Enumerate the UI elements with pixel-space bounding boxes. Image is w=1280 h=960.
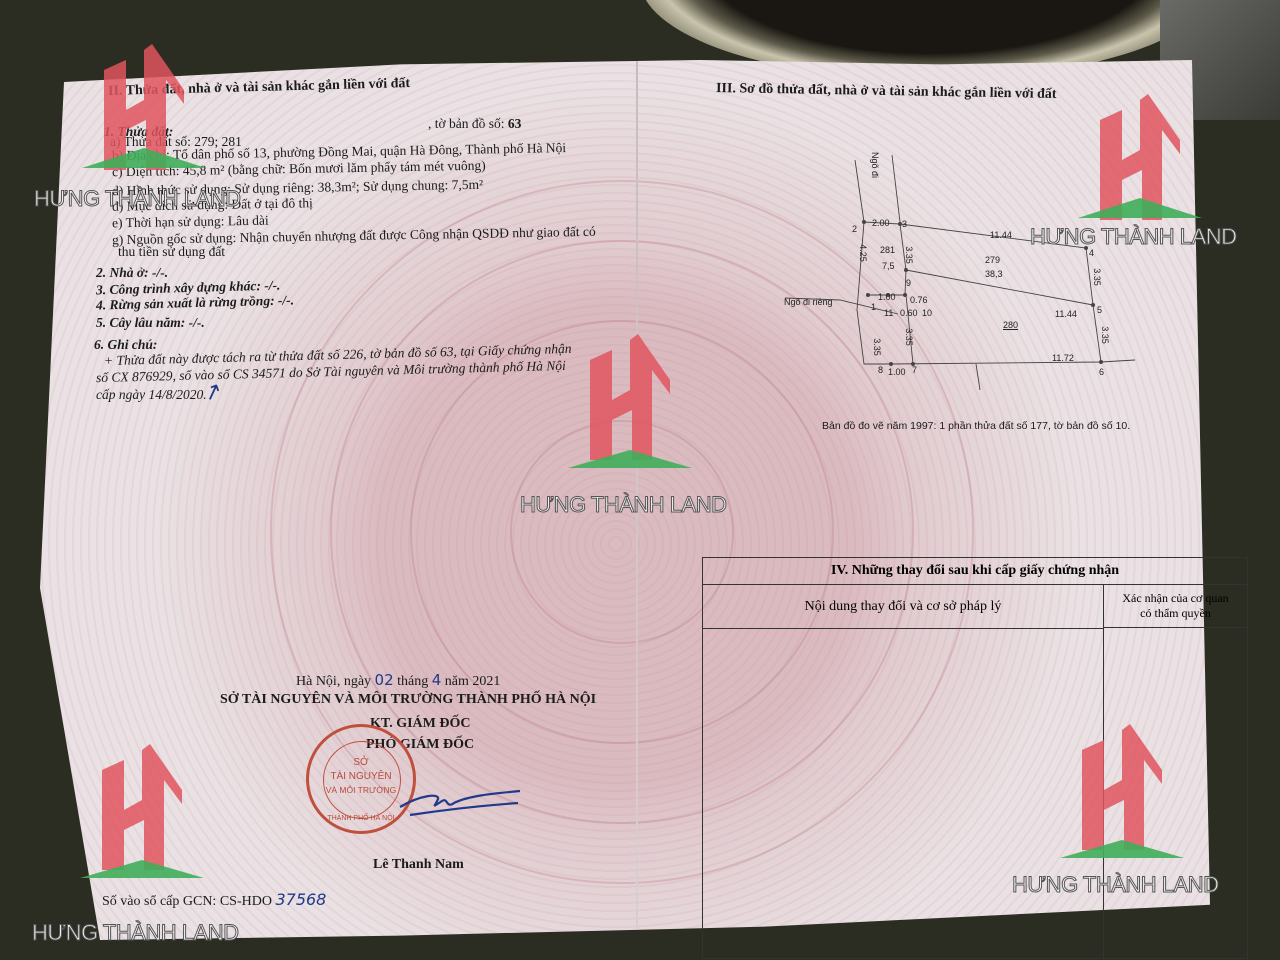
watermark-logo: HƯNG THÀNH LAND <box>1030 70 1230 270</box>
map-sheet-number: 63 <box>508 116 522 131</box>
parcel-279-id: 279 <box>985 255 1000 265</box>
issue-date: Hà Nội, ngày 02 tháng 4 năm 2021 <box>296 671 500 690</box>
item-5-perennial: 5. Cây lâu năm: -/-. <box>96 315 205 331</box>
point-7: 7 <box>912 365 917 375</box>
changes-table-title: IV. Những thay đổi sau khi cấp giấy chứn… <box>703 558 1247 585</box>
parcel-279-area: 38,3 <box>985 269 1003 279</box>
map-sheet-label: , tờ bản đồ số: 63 <box>428 116 521 132</box>
map-sheet-text: , tờ bản đồ số: <box>428 116 505 131</box>
dim-2-3: 2.00 <box>872 218 890 228</box>
date-year: năm 2021 <box>445 674 501 689</box>
watermark-text: HƯNG THÀNH LAND <box>34 186 234 212</box>
ht-logo-icon <box>32 720 232 890</box>
point-5: 5 <box>1097 305 1102 315</box>
parcel-280-id: 280 <box>1003 320 1018 330</box>
point-6: 6 <box>1099 367 1104 377</box>
dim-1-8: 3.35 <box>872 338 882 356</box>
date-month-label: tháng <box>397 674 428 689</box>
dim-11-10: 0.60 <box>900 308 918 318</box>
origin-line-2: thu tiền sử dụng đất <box>118 244 225 260</box>
ht-logo-icon <box>34 20 234 190</box>
changes-col-content: Nội dung thay đổi và cơ sở pháp lý <box>703 585 1104 629</box>
point-1: 1 <box>871 302 876 312</box>
point-9: 9 <box>906 278 911 288</box>
item-2-house: 2. Nhà ở: -/-. <box>96 265 168 281</box>
watermark-logo: HƯNG THÀNH LAND <box>1012 700 1212 900</box>
confirmation-line-2: có thẩm quyền <box>1104 606 1247 621</box>
watermark-logo: HƯNG THÀNH LAND <box>520 310 720 510</box>
dim-3-9: 3.35 <box>904 246 914 264</box>
director-signature <box>390 785 530 825</box>
dim-7-6: 11.72 <box>1052 353 1074 363</box>
dim-3-4: 11.44 <box>990 230 1012 240</box>
ht-logo-icon <box>1012 700 1212 870</box>
dim-1-11: 1.00 <box>878 292 896 302</box>
date-day: 02 <box>375 671 394 689</box>
point-11: 11 <box>884 308 893 318</box>
watermark-logo: HƯNG THÀNH LAND <box>32 720 232 920</box>
map-source-note: Bản đồ đo vẽ năm 1997: 1 phần thửa đất s… <box>822 420 1130 432</box>
point-8: 8 <box>878 365 883 375</box>
road-label: Ngõ đi <box>870 152 880 178</box>
watermark-text: HƯNG THÀNH LAND <box>520 492 720 518</box>
signer-name: Lê Thanh Nam <box>373 857 464 873</box>
item-6-notes-label: 6. Ghi chú: <box>94 337 157 353</box>
stamp-line-1: SỞ <box>309 757 413 768</box>
dim-5-6: 3.35 <box>1100 326 1110 344</box>
watermark-text: HƯNG THÀNH LAND <box>1012 872 1212 898</box>
dim-9-10: 0.76 <box>910 295 928 305</box>
dim-8-7: 1.00 <box>888 367 906 377</box>
date-month: 4 <box>432 671 442 689</box>
parcel-281-area: 7,5 <box>882 261 895 271</box>
point-10: 10 <box>922 308 932 318</box>
ht-logo-icon <box>1030 70 1230 240</box>
ht-logo-icon <box>520 310 720 480</box>
dim-9-5: 11.44 <box>1055 309 1077 319</box>
dim-2-1: 4.25 <box>858 244 868 262</box>
watermark-text: HƯNG THÀNH LAND <box>32 920 232 946</box>
note-line-3: cấp ngày 14/8/2020. <box>96 387 207 403</box>
watermark-logo: HƯNG THÀNH LAND <box>34 20 234 220</box>
changes-col-confirmation: Xác nhận của cơ quan có thẩm quyền <box>1104 585 1247 628</box>
date-prefix: Hà Nội, ngày <box>296 674 371 689</box>
dim-10-7: 3.35 <box>904 328 914 346</box>
stamp-line-2: TÀI NGUYÊN <box>309 771 413 782</box>
register-handwritten-no: 37568 <box>275 890 326 909</box>
dim-4-5: 3.35 <box>1092 268 1102 286</box>
point-3: 3 <box>902 219 907 229</box>
parcel-281-id: 281 <box>880 245 895 255</box>
private-lane-label: Ngõ đi riêng <box>784 297 833 307</box>
confirmation-line-1: Xác nhận của cơ quan <box>1104 591 1247 606</box>
point-2: 2 <box>852 224 857 234</box>
watermark-text: HƯNG THÀNH LAND <box>1030 224 1230 250</box>
issuing-authority: SỞ TÀI NGUYÊN VÀ MÔI TRƯỜNG THÀNH PHỐ HÀ… <box>220 692 596 708</box>
